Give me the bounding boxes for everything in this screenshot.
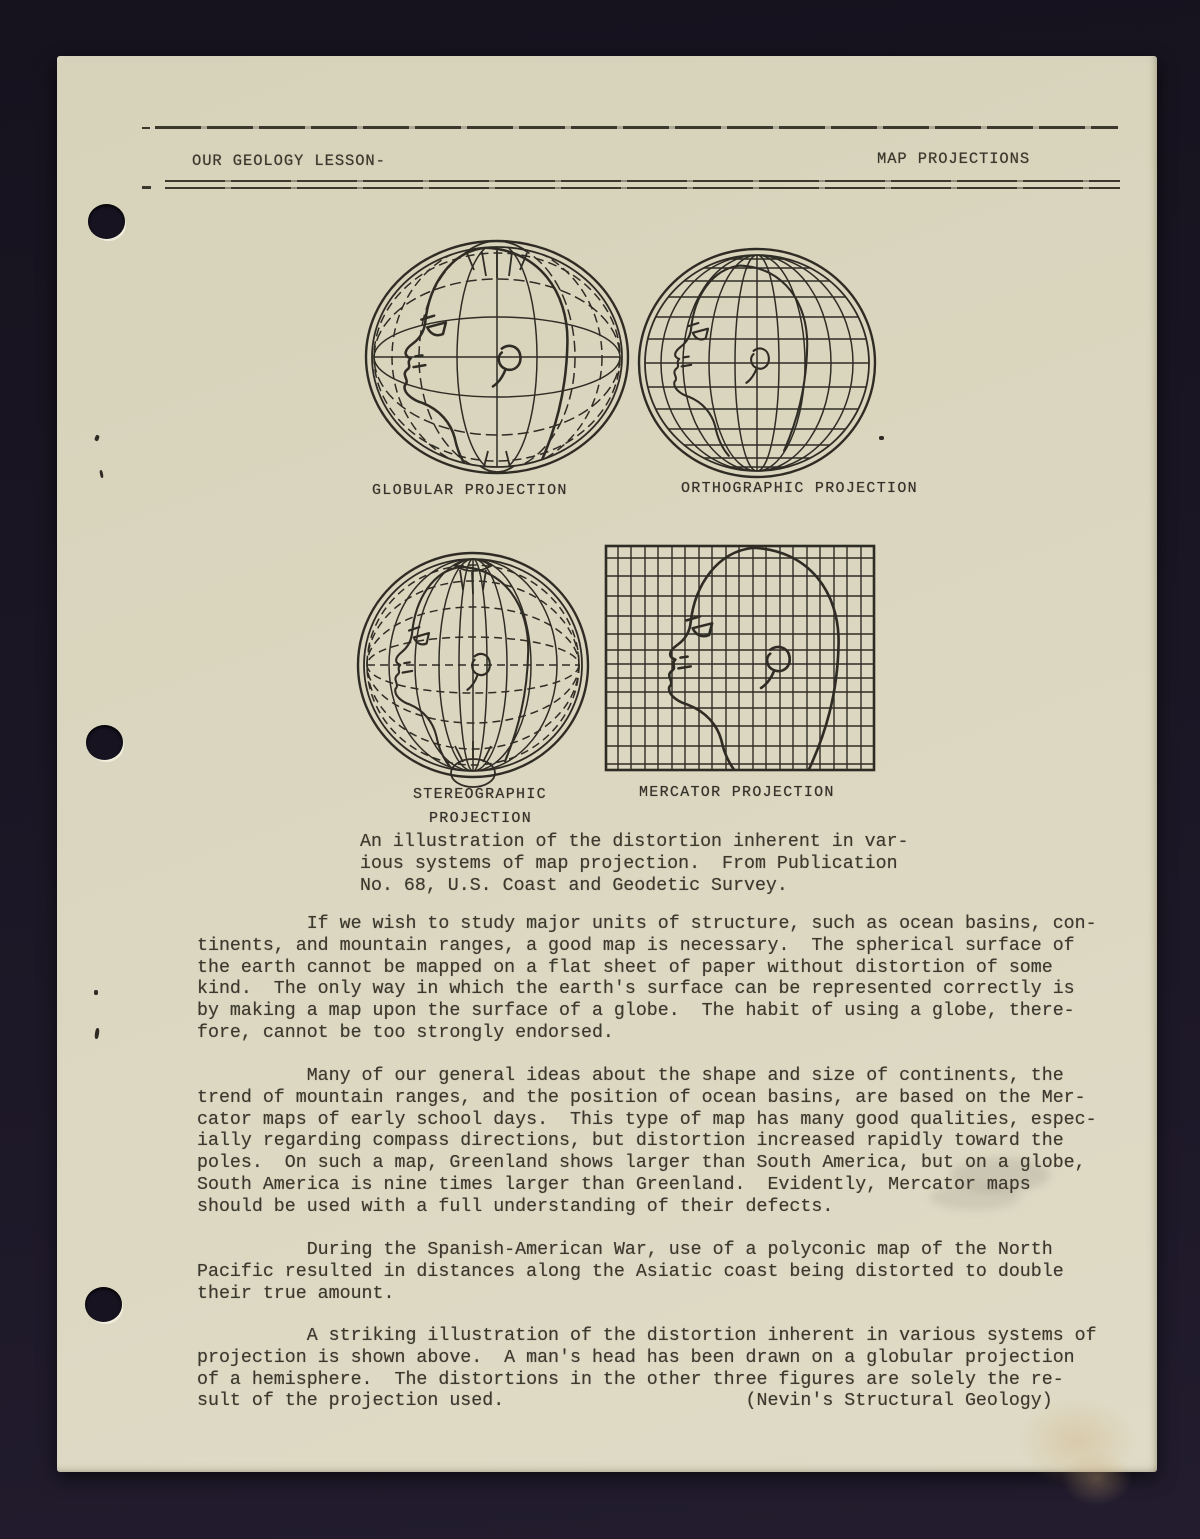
globular-projection-label: GLOBULAR PROJECTION <box>372 482 568 499</box>
paragraph-globe-necessity: If we wish to study major units of struc… <box>197 914 1097 1045</box>
mercator-projection-label: MERCATOR PROJECTION <box>639 784 835 801</box>
globe-graticule <box>640 255 874 471</box>
scanned-page: OUR GEOLOGY LESSON- MAP PROJECTIONS <box>57 56 1157 1472</box>
figure-stereographic-projection <box>353 548 593 782</box>
stereographic-projection-label-line1: STEREOGRAPHIC <box>413 786 547 803</box>
head-profile <box>669 548 839 775</box>
header-top-rule <box>155 126 1118 129</box>
ink-speck <box>99 470 104 478</box>
figure-globular-projection <box>362 238 632 476</box>
header-right-title: MAP PROJECTIONS <box>877 150 1030 168</box>
ink-speck <box>94 990 98 995</box>
punch-hole-middle <box>86 725 123 760</box>
stereographic-projection-label-line2: PROJECTION <box>429 810 532 827</box>
paragraph-polyconic-war: During the Spanish-American War, use of … <box>197 1240 1064 1305</box>
mercator-grid <box>606 546 874 770</box>
paragraph-striking-illustration: A striking illustration of the distortio… <box>197 1326 1097 1413</box>
smudge-mark <box>930 1184 1020 1210</box>
stain-mark <box>1062 1451 1132 1506</box>
header-top-rule-tick <box>142 127 150 129</box>
header-bottom-double-rule <box>165 180 1120 189</box>
header-bottom-rule-tick <box>142 186 151 189</box>
punch-hole-top <box>88 204 125 239</box>
figure-mercator-projection <box>604 544 876 772</box>
punch-hole-bottom <box>85 1287 122 1322</box>
orthographic-projection-label: ORTHOGRAPHIC PROJECTION <box>681 480 918 497</box>
scan-background: { "document": { "header": { "left_title"… <box>0 0 1200 1539</box>
ink-speck <box>94 434 100 441</box>
header-left-title: OUR GEOLOGY LESSON- <box>192 152 386 170</box>
ink-speck <box>94 1028 99 1039</box>
ink-speck <box>879 436 884 440</box>
figure-caption: An illustration of the distortion inhere… <box>360 832 909 897</box>
figure-orthographic-projection <box>636 247 878 479</box>
head-profile <box>405 248 568 473</box>
